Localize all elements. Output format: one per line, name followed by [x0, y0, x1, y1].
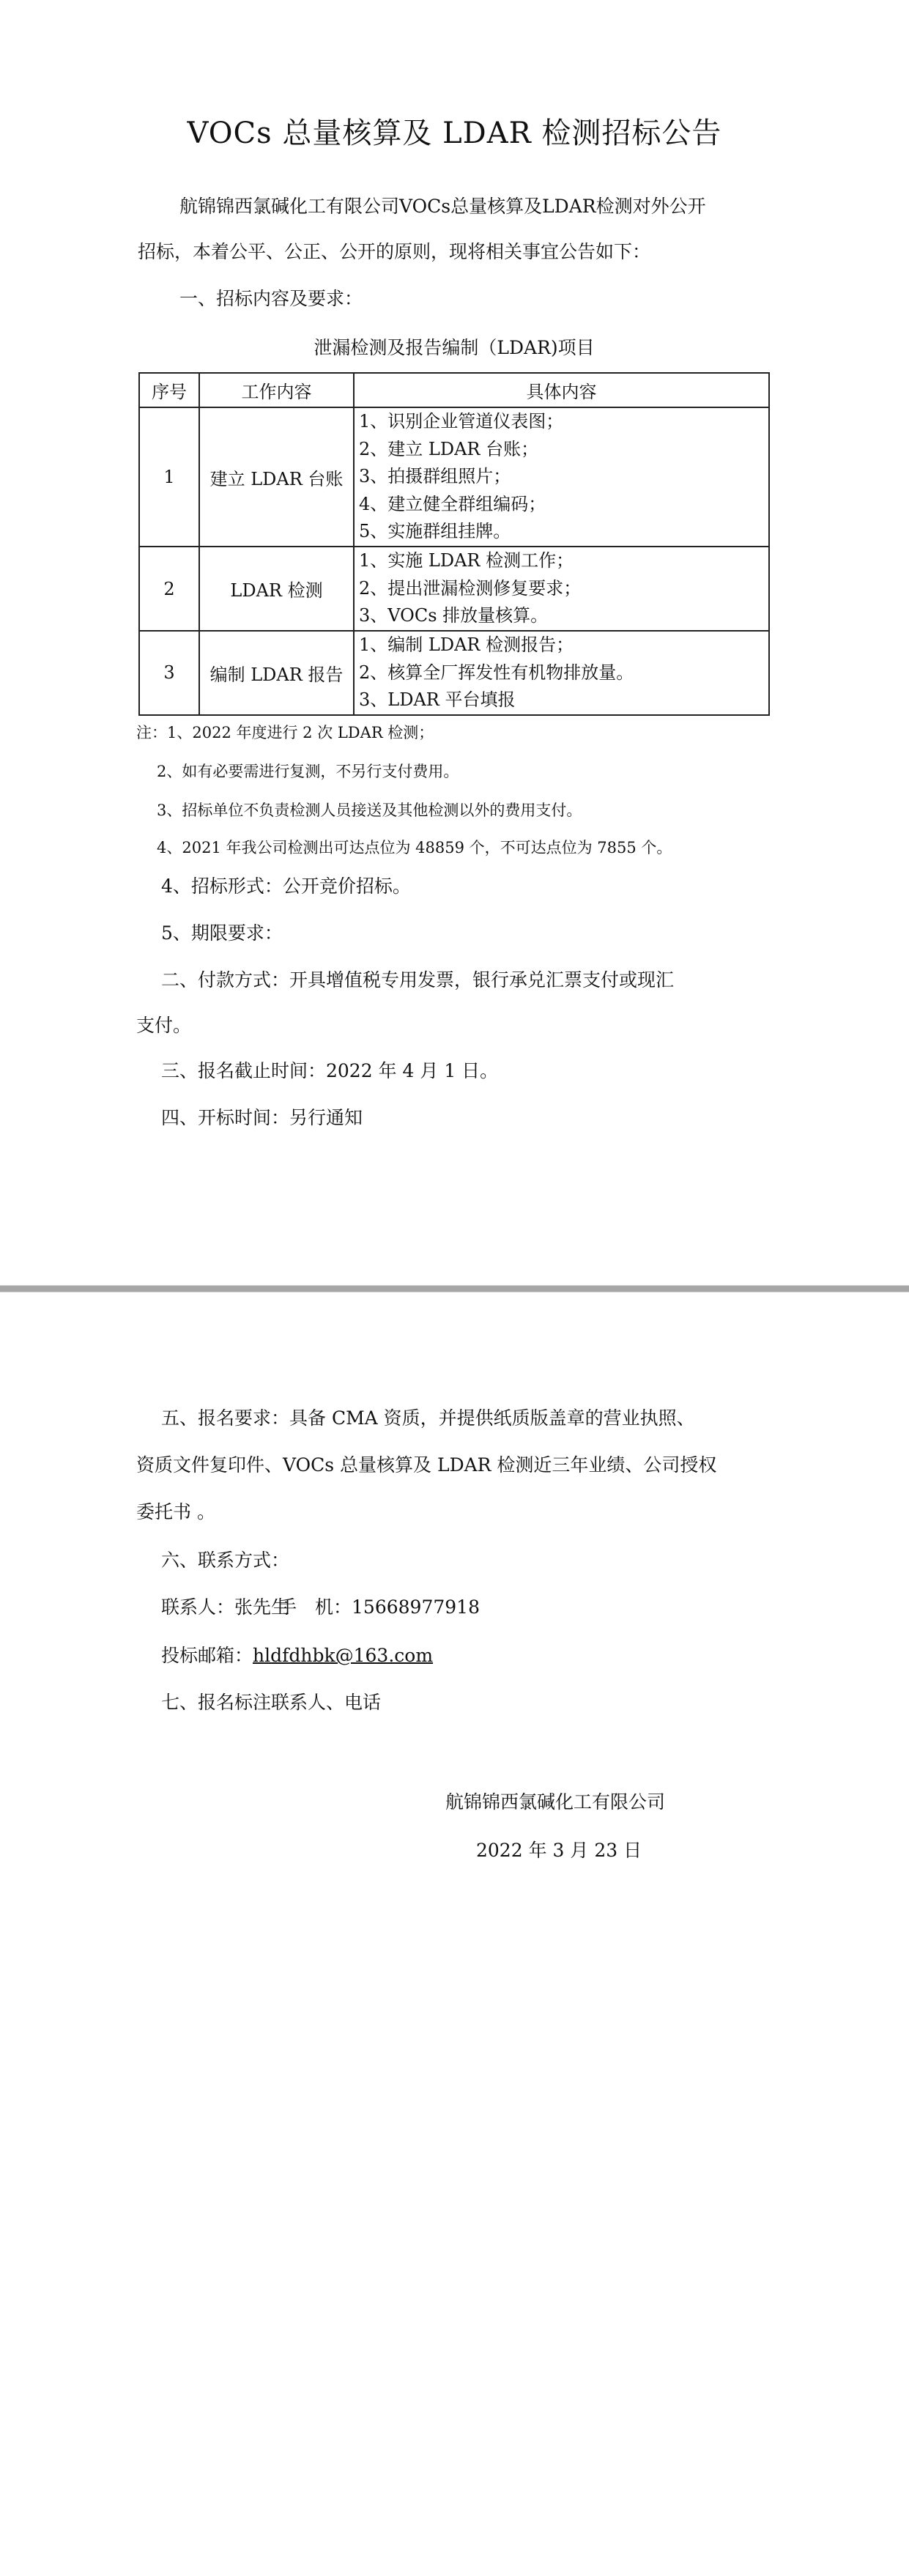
note-1: 注：1、2022 年度进行 2 次 LDAR 检测； [136, 722, 434, 744]
table-header-row: 序号 工作内容 具体内容 [139, 373, 769, 407]
signature-date: 2022 年 3 月 23 日 [476, 1837, 642, 1864]
row-work-content: 编制 LDAR 报告 [199, 631, 354, 715]
contact-email-row: 投标邮箱：hldfdhbk@163.com [161, 1643, 433, 1669]
row-details: 1、实施 LDAR 检测工作； 2、提出泄漏检测修复要求； 3、VOCs 排放量… [354, 547, 769, 631]
table-row: 2 LDAR 检测 1、实施 LDAR 检测工作； 2、提出泄漏检测修复要求； … [139, 547, 769, 631]
detail-item: 2、提出泄漏检测修复要求； [359, 575, 768, 603]
detail-item: 1、识别企业管道仪表图； [359, 408, 768, 436]
detail-item: 1、实施 LDAR 检测工作； [359, 547, 768, 575]
note-2: 2、如有必要需进行复测，不另行支付费用。 [157, 760, 459, 782]
row-details: 1、编制 LDAR 检测报告； 2、核算全厂挥发性有机物排放量。 3、LDAR … [354, 631, 769, 715]
contact-phone-row: 手 机：15668977918 [278, 1594, 480, 1621]
detail-item: 5、实施群组挂牌。 [359, 518, 768, 546]
table-row: 1 建立 LDAR 台账 1、识别企业管道仪表图； 2、建立 LDAR 台账； … [139, 407, 769, 547]
section-1-heading: 一、招标内容及要求： [179, 286, 363, 312]
section-5-line-1: 五、报名要求：具备 CMA 资质，并提供纸质版盖章的营业执照、 [161, 1405, 695, 1432]
table-caption: 泄漏检测及报告编制（LDAR)项目 [138, 336, 770, 360]
contact-phone-label: 手 机： [278, 1596, 352, 1618]
detail-item: 3、拍摄群组照片； [359, 463, 768, 491]
section-5-line-3: 委托书 。 [136, 1499, 215, 1525]
header-specific-content: 具体内容 [354, 373, 769, 407]
header-serial-no: 序号 [139, 373, 199, 407]
row-serial-no: 2 [139, 547, 199, 631]
row-serial-no: 3 [139, 631, 199, 715]
row-details: 1、识别企业管道仪表图； 2、建立 LDAR 台账； 3、拍摄群组照片； 4、建… [354, 407, 769, 547]
signature-company: 航锦锦西氯碱化工有限公司 [445, 1789, 665, 1816]
document-title: VOCs 总量核算及 LDAR 检测招标公告 [0, 111, 909, 155]
contact-email-link[interactable]: hldfdhbk@163.com [253, 1645, 433, 1666]
row-work-content: LDAR 检测 [199, 547, 354, 631]
header-work-content: 工作内容 [199, 373, 354, 407]
note-4: 4、2021 年我公司检测出可达点位为 48859 个，不可达点位为 7855 … [157, 837, 672, 859]
detail-item: 3、VOCs 排放量核算。 [359, 602, 768, 630]
contact-person: 联系人：张先生 [161, 1594, 289, 1621]
contact-phone[interactable]: 15668977918 [352, 1596, 480, 1618]
detail-item: 3、LDAR 平台填报 [359, 686, 768, 714]
section-2-payment-line-1: 二、付款方式：开具增值税专用发票，银行承兑汇票支付或现汇 [161, 967, 674, 993]
tender-content-table: 序号 工作内容 具体内容 1 建立 LDAR 台账 1、识别企业管道仪表图； 2… [138, 372, 770, 716]
item-4-bid-form: 4、招标形式：公开竞价招标。 [161, 873, 411, 900]
note-3: 3、招标单位不负责检测人员接送及其他检测以外的费用支付。 [157, 799, 582, 821]
section-2-payment-line-2: 支付。 [136, 1013, 191, 1039]
row-serial-no: 1 [139, 407, 199, 547]
section-6-heading: 六、联系方式： [161, 1547, 289, 1574]
section-7: 七、报名标注联系人、电话 [161, 1689, 381, 1716]
section-3-deadline: 三、报名截止时间：2022 年 4 月 1 日。 [161, 1058, 498, 1084]
contact-email-label: 投标邮箱： [161, 1645, 253, 1666]
section-5-line-2: 资质文件复印件、VOCs 总量核算及 LDAR 检测近三年业绩、公司授权 [136, 1452, 716, 1478]
table-row: 3 编制 LDAR 报告 1、编制 LDAR 检测报告； 2、核算全厂挥发性有机… [139, 631, 769, 715]
intro-line-2: 招标，本着公平、公正、公开的原则，现将相关事宜公告如下： [138, 239, 650, 265]
detail-item: 2、建立 LDAR 台账； [359, 436, 768, 464]
detail-item: 4、建立健全群组编码； [359, 491, 768, 519]
intro-line-1: 航锦锦西氯碱化工有限公司VOCs总量核算及LDAR检测对外公开 [179, 193, 706, 220]
section-4-opening: 四、开标时间：另行通知 [161, 1105, 363, 1131]
detail-item: 1、编制 LDAR 检测报告； [359, 632, 768, 659]
detail-item: 2、核算全厂挥发性有机物排放量。 [359, 659, 768, 687]
row-work-content: 建立 LDAR 台账 [199, 407, 354, 547]
page-divider [0, 1285, 909, 1292]
item-5-period: 5、期限要求： [161, 920, 283, 947]
